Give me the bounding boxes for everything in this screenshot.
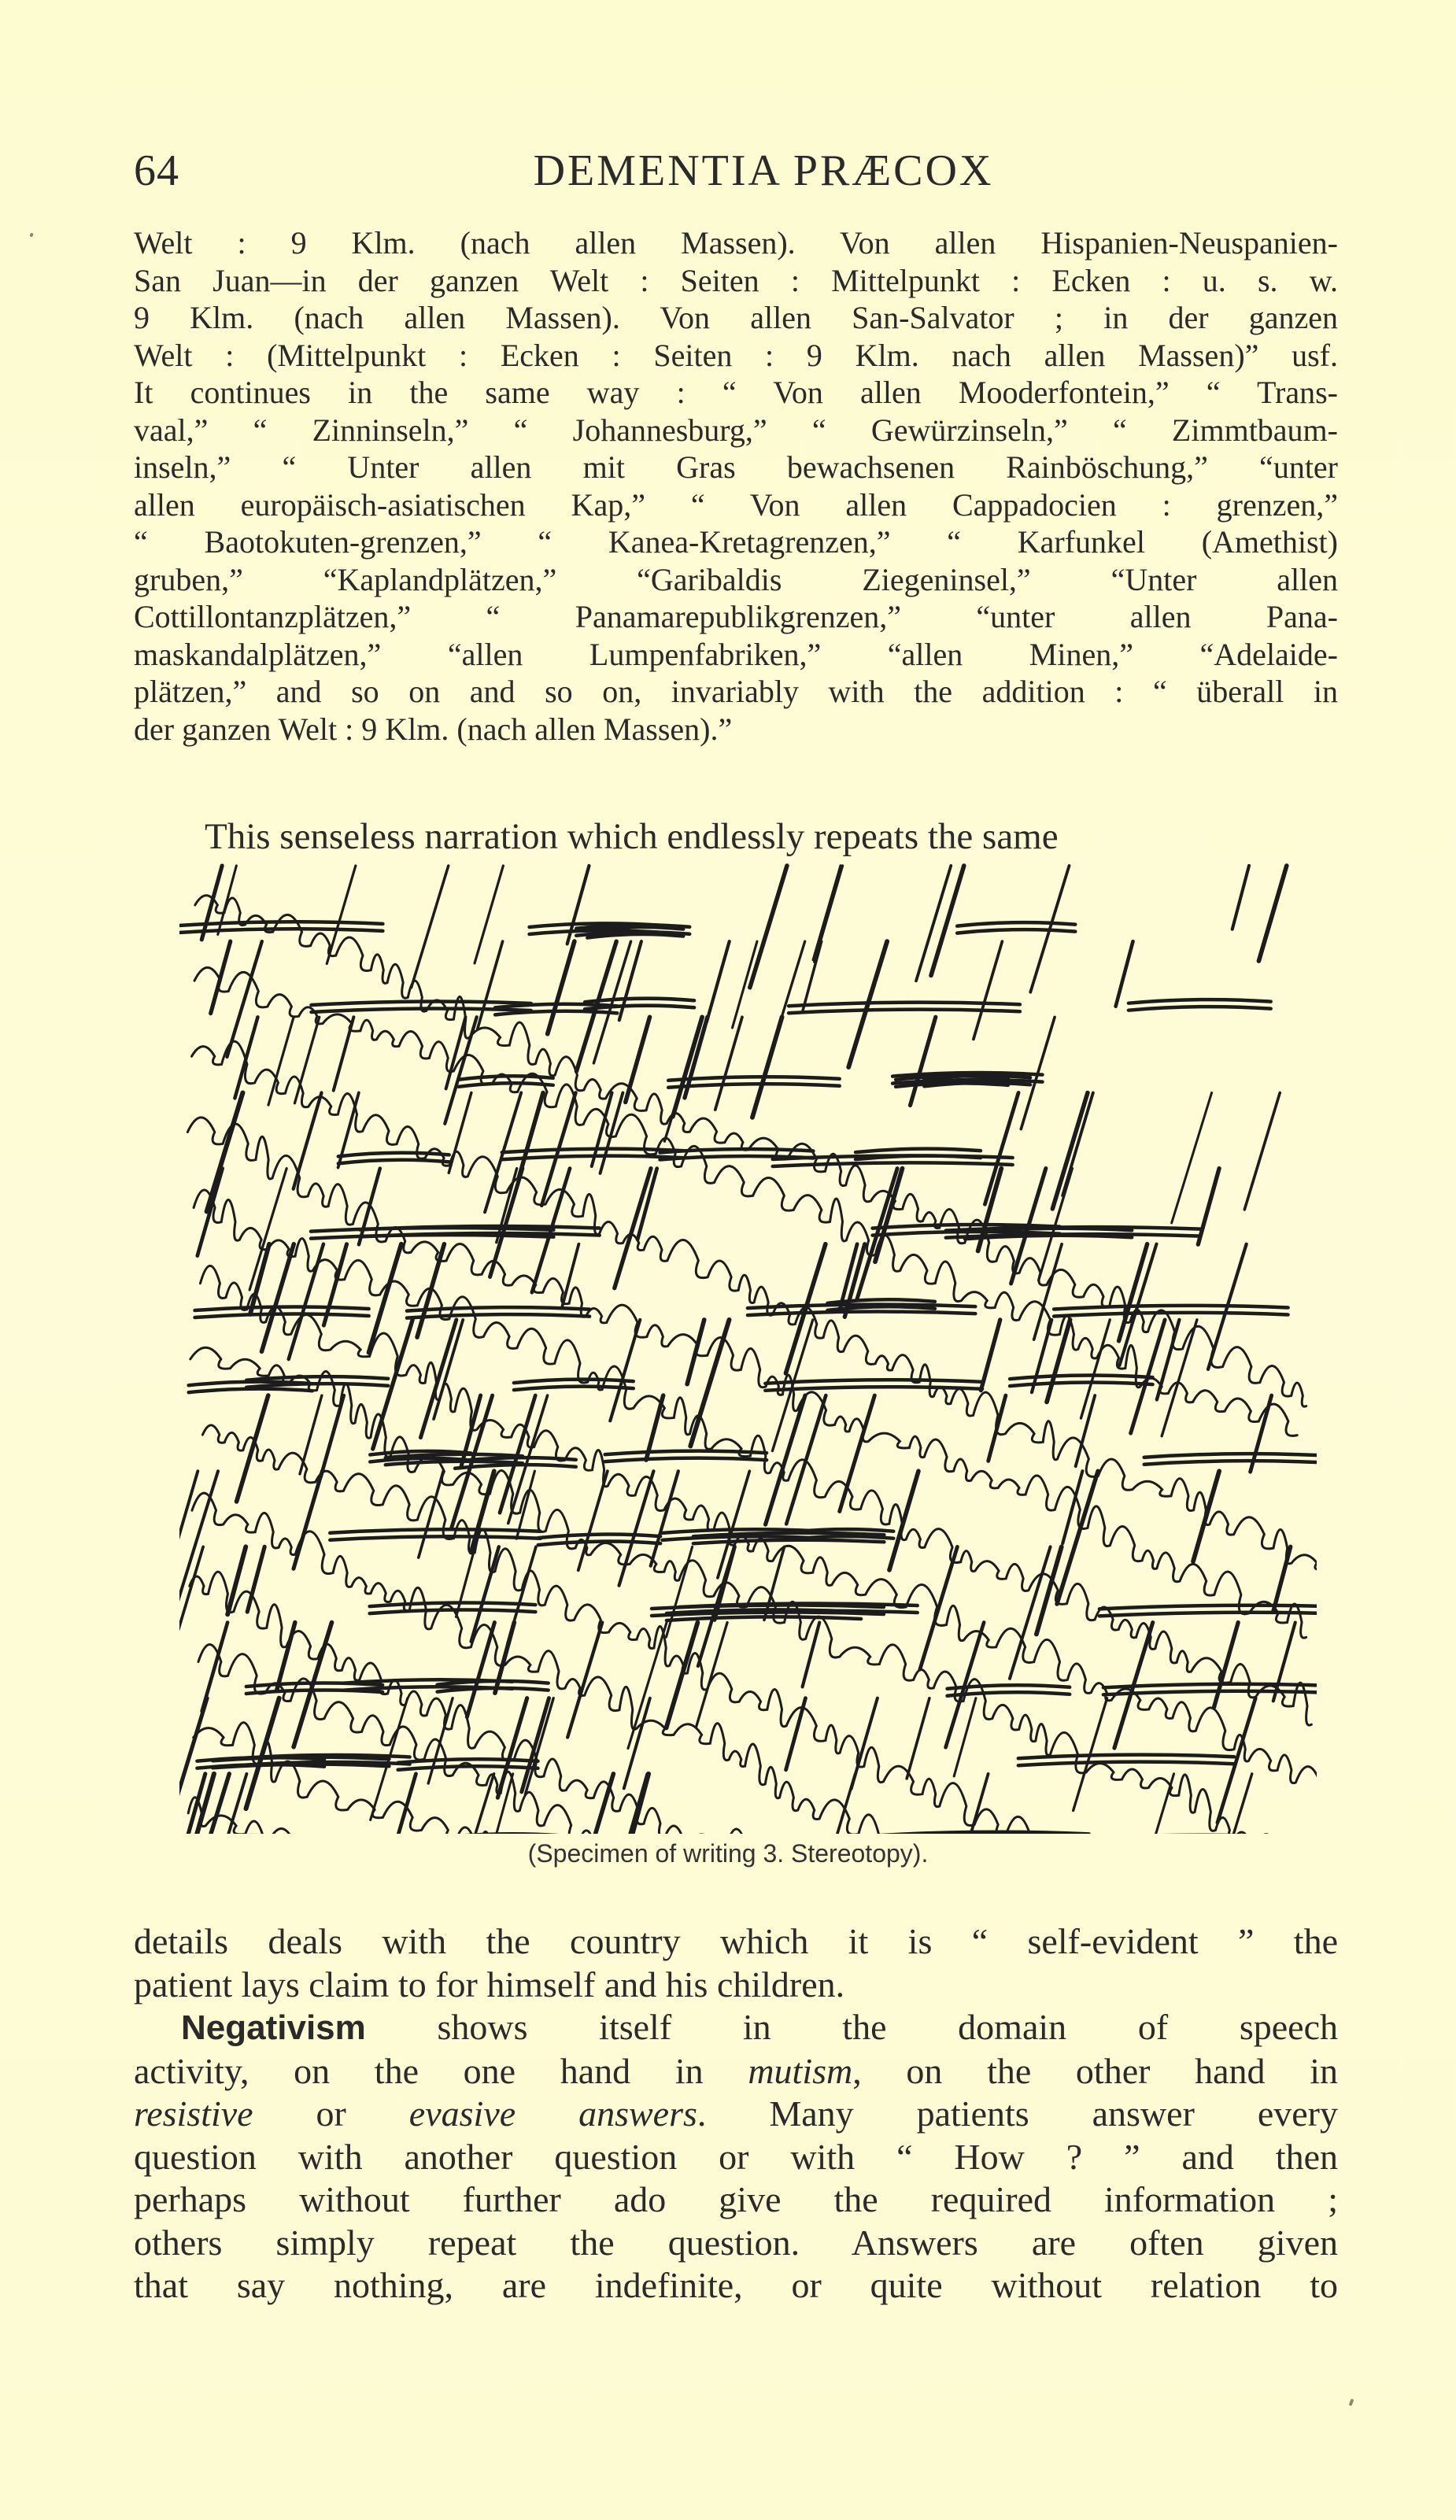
quote-line: It continues in the same way : “ Von all… (134, 374, 1338, 412)
text-line: that say nothing, are indefinite, or qui… (134, 2264, 1338, 2308)
quote-line: maskandalplätzen,” “allen Lumpenfabriken… (134, 636, 1338, 674)
quote-line: inseln,” “ Unter allen mit Gras bewachse… (134, 449, 1338, 486)
handwriting-specimen-image (179, 850, 1317, 1834)
quote-line: der ganzen Welt : 9 Klm. (nach allen Mas… (134, 711, 1338, 748)
quote-line: Cottillontanzplätzen,” “ Panamarepublikg… (134, 598, 1338, 636)
quote-line: gruben,” “Kaplandplätzen,” “Garibaldis Z… (134, 561, 1338, 599)
book-page: 64 DEMENTIA PRÆCOX Welt : 9 Klm. (nach a… (0, 0, 1456, 2520)
text-line: others simply repeat the question. Answe… (134, 2222, 1338, 2265)
quote-line: “ Baotokuten-grenzen,” “ Kanea-Kretagren… (134, 523, 1338, 561)
text-line: activity, on the one hand in mutism, on … (134, 2050, 1338, 2093)
text-line: details deals with the country which it … (134, 1920, 1338, 1964)
term-mutism: mutism (748, 2051, 852, 2091)
quote-line: plätzen,” and so on and so on, invariabl… (134, 673, 1338, 711)
term-resistive: resistive (134, 2093, 253, 2134)
body-text: details deals with the country which it … (134, 1920, 1338, 2308)
text-line: perhaps without further ado give the req… (134, 2178, 1338, 2222)
handwriting-specimen-figure (179, 850, 1317, 1834)
text-line: question with another question or with “… (134, 2136, 1338, 2179)
text-line: patient lays claim to for himself and hi… (134, 1964, 1338, 2007)
paper-speck (1349, 2399, 1354, 2407)
paper-speck (29, 232, 33, 237)
quote-line: San Juan—in der ganzen Welt : Seiten : M… (134, 262, 1338, 300)
quoted-passage: Welt : 9 Klm. (nach allen Massen). Von a… (134, 224, 1338, 748)
figure-caption: (Specimen of writing 3. Stereotopy). (0, 1838, 1456, 1869)
running-head: 64 DEMENTIA PRÆCOX (134, 143, 1346, 198)
quote-line: 9 Klm. (nach allen Massen). Von allen Sa… (134, 299, 1338, 337)
quote-line: Welt : (Mittelpunkt : Ecken : Seiten : 9… (134, 337, 1338, 375)
quote-line: Welt : 9 Klm. (nach allen Massen). Von a… (134, 224, 1338, 262)
quote-line: vaal,” “ Zinninseln,” “ Johannesburg,” “… (134, 412, 1338, 449)
text-line: resistive or evasive answers. Many patie… (134, 2093, 1338, 2136)
quote-line: allen europäisch-asiatischen Kap,” “ Von… (134, 486, 1338, 524)
running-title: DEMENTIA PRÆCOX (134, 143, 1346, 198)
term-negativism: Negativism (181, 2008, 366, 2047)
text-line: Negativism shows itself in the domain of… (134, 2006, 1338, 2050)
term-evasive-answers: evasive answers (409, 2093, 697, 2134)
